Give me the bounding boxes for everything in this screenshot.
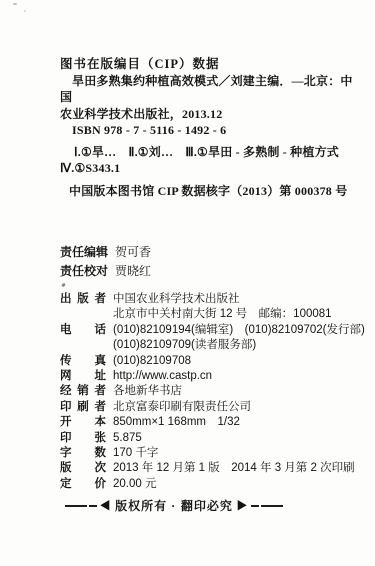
- cip-classification-line1: Ⅰ.①旱… Ⅱ.①刘… Ⅲ.①旱田 - 多熟制 - 种植方式: [60, 144, 362, 161]
- field-value: 2013 年 12 月第 1 版 2014 年 3 月第 2 次印刷: [113, 461, 368, 476]
- cip-heading: 图书在版编目（CIP）数据: [60, 56, 362, 73]
- field-label: 定价: [60, 477, 106, 492]
- field-label: 网址: [60, 369, 106, 384]
- field-value: 5.875: [113, 431, 368, 446]
- publication-row: 版次 2013 年 12 月第 1 版 2014 年 3 月第 2 次印刷: [60, 461, 368, 476]
- publication-row: 字数 170 千字: [60, 446, 368, 461]
- field-value: 170 千字: [113, 446, 368, 461]
- publication-row: 定价 20.00 元: [60, 477, 368, 492]
- ornament-line: [251, 505, 259, 507]
- cip-record-number: 中国版本图书馆 CIP 数据核字（2013）第 000378 号: [69, 183, 362, 200]
- isbn-number: ISBN 978 - 7 - 5116 - 1492 - 6: [72, 122, 362, 139]
- field-value: 贺可香: [115, 243, 360, 262]
- field-label: 电话: [60, 323, 106, 338]
- editor-row: 责任校对 贾晓红: [60, 262, 360, 281]
- publication-row: 开本 850mm×1 168mm 1/32: [60, 415, 368, 430]
- cip-title-line2: 农业科学技术出版社，2013.12: [60, 106, 362, 123]
- field-label: 出版者: [60, 292, 106, 307]
- publication-row: 经销者 各地新华书店: [60, 384, 368, 399]
- field-value: 850mm×1 168mm 1/32: [113, 415, 368, 430]
- cip-title-line1: 旱田多熟集约种植高效模式／刘建主编．—北京：中国: [60, 73, 362, 106]
- field-value: 20.00 元: [113, 477, 368, 492]
- field-label: 经销者: [60, 384, 106, 399]
- publication-row: 印张 5.875: [60, 431, 368, 446]
- field-label: 开本: [60, 415, 106, 430]
- publication-row: 出版者 中国农业科学技术出版社 北京市中关村南大街 12 号 邮编：100081: [60, 292, 368, 323]
- field-value: (010)82109708: [113, 354, 368, 369]
- ornament-line: [65, 505, 87, 507]
- field-value: 北京市中关村南大街 12 号 邮编：100081: [113, 307, 368, 322]
- copyright-notice: ◀ 版权所有 · 翻印必究 ▶: [0, 497, 348, 514]
- field-label: 传真: [60, 354, 106, 369]
- field-label: 字数: [60, 446, 106, 461]
- field-label: 印刷者: [60, 400, 106, 415]
- scan-artifact: [13, 3, 17, 5]
- field-value: (010)82109194(编辑室) (010)82109702(发行部): [113, 323, 368, 338]
- cip-classification-line2: Ⅳ.①S343.1: [60, 160, 362, 177]
- field-value: 中国农业科学技术出版社: [113, 292, 368, 307]
- editors-block: 责任编辑 贺可香 责任校对 贾晓红: [60, 243, 360, 280]
- field-label: 印张: [60, 431, 106, 446]
- field-value: 北京富泰印刷有限责任公司: [113, 400, 368, 415]
- field-value: 贾晓红: [115, 262, 360, 281]
- right-arrow-icon: ▶: [238, 499, 247, 512]
- publication-row: 印刷者 北京富泰印刷有限责任公司: [60, 400, 368, 415]
- ornament-line: [89, 505, 97, 507]
- website-url: http://www.castp.cn: [113, 369, 368, 384]
- field-label: 版次: [60, 461, 106, 476]
- cip-data-block: 图书在版编目（CIP）数据 旱田多熟集约种植高效模式／刘建主编．—北京：中国 农…: [60, 56, 362, 199]
- editor-row: 责任编辑 贺可香: [60, 243, 360, 262]
- publication-row: 传真 (010)82109708: [60, 354, 368, 369]
- scanned-colophon-page: 图书在版编目（CIP）数据 旱田多熟集约种植高效模式／刘建主编．—北京：中国 农…: [0, 0, 375, 566]
- copyright-text: 版权所有 · 翻印必究: [115, 497, 233, 514]
- field-label: 责任校对: [60, 262, 108, 281]
- left-arrow-icon: ◀: [101, 499, 110, 512]
- publication-row: 网址 http://www.castp.cn: [60, 369, 368, 384]
- publication-row: 电话 (010)82109194(编辑室) (010)82109702(发行部)…: [60, 323, 368, 354]
- ornament-line: [261, 505, 283, 507]
- field-value: (010)82109709(读者服务部): [113, 338, 368, 353]
- field-label: 责任编辑: [60, 243, 108, 262]
- publication-details-block: 出版者 中国农业科学技术出版社 北京市中关村南大街 12 号 邮编：100081…: [60, 292, 368, 492]
- field-value: 各地新华书店: [113, 384, 368, 399]
- scan-artifact: [24, 10, 26, 12]
- scan-artifact: [61, 283, 66, 288]
